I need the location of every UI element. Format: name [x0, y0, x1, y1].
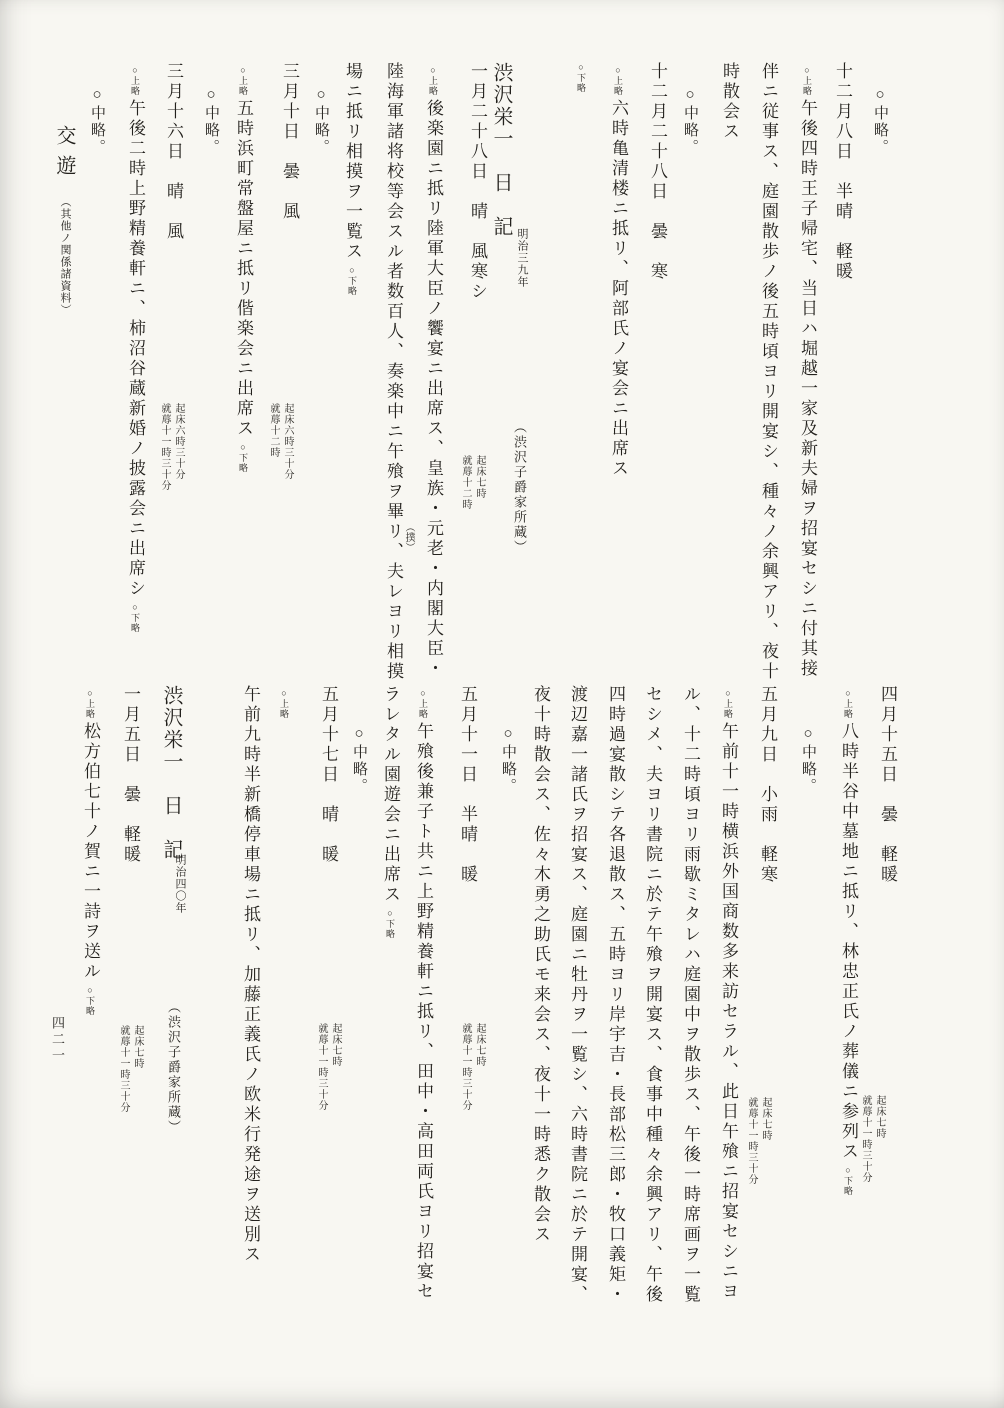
omission-mark-column: ○中略。	[678, 87, 702, 156]
wake-time: 起床七時	[758, 1097, 772, 1185]
scanned-book-page: ○中略。 十二月八日 半晴 軽暖 ○上略午後四時王子帰宅、当日ハ堀越一家及新夫婦…	[0, 0, 1004, 1408]
excerpt-text: 場ニ抵リ相摸ヲ一覧ス	[343, 62, 362, 262]
sleep-time: 就蓐十一時三十分	[458, 1023, 472, 1111]
wake-time: 起床七時	[472, 455, 486, 510]
excerpt-text: 後楽園ニ抵リ陸軍大臣ノ饗宴ニ出席ス、皇族・元老・内閣大臣・	[424, 99, 443, 679]
diary-text-column: 伴ニ従事ス、庭園散歩ノ後五時頃ヨリ開宴シ、種々ノ余興アリ、夜十	[756, 62, 780, 682]
sleep-time: 就蓐十一時三十分	[116, 1025, 130, 1113]
diary-date-column: 四月十五日 曇 軽暖	[875, 685, 899, 885]
diary-text-column: 場ニ抵リ相摸ヲ一覧ス○下略	[340, 62, 364, 299]
geryaku-mark: ○下略	[843, 1162, 853, 1199]
sleep-time: 就蓐十一時三十分	[157, 403, 171, 491]
diary-title: 渋沢栄一 日 記	[488, 62, 514, 238]
diary-title: 渋沢栄一 日 記	[158, 685, 184, 861]
section-subtitle: （其他ノ関係諸資料）	[57, 196, 72, 316]
diary-date-column: 五月十一日 半晴 暖	[455, 685, 479, 885]
wake-time: 起床七時	[872, 1095, 886, 1183]
excerpt-text: 六時亀清楼ニ抵リ、阿部氏ノ宴会ニ出席ス	[609, 99, 628, 479]
wake-sleep-note: 起床六時三十分就蓐十一時三十分	[157, 403, 185, 491]
sleep-time: 就蓐十二時	[458, 455, 472, 510]
diary-text-column: 午前九時半新橋停車場ニ抵リ、加藤正義氏ノ欧米行発途ヲ送別ス	[238, 685, 262, 1265]
jouryaku-mark: ○上略	[238, 62, 248, 99]
wake-time: 起床六時三十分	[280, 403, 294, 480]
diary-text-column: ○上略午前十一時横浜外国商数多来訪セラル、此日午飱ニ招宴セシニヨ	[716, 685, 740, 1302]
diary-text-column: ○上略松方伯七十ノ賀ニ一詩ヲ送ル○下略	[78, 685, 102, 1019]
diary-era: 明治三九年	[514, 228, 529, 288]
excerpt-text: 午後二時上野精養軒ニ、柿沼谷蔵新婚ノ披露会ニ出席シ	[126, 99, 145, 599]
excerpt-text: 八時半谷中墓地ニ抵リ、林忠正氏ノ葬儀ニ参列ス	[839, 722, 858, 1162]
jouryaku-mark-column: ○上略	[277, 688, 291, 719]
geryaku-mark: ○下略	[385, 905, 395, 942]
wake-sleep-note: 起床七時就蓐十二時	[458, 455, 486, 510]
diary-text-column: ○上略八時半谷中墓地ニ抵リ、林忠正氏ノ葬儀ニ参列ス○下略	[836, 685, 860, 1199]
jouryaku-mark: ○上略	[802, 62, 812, 99]
diary-source-note: （渋沢子爵家所蔵）	[510, 420, 528, 555]
diary-text-column: ○上略後楽園ニ抵リ陸軍大臣ノ饗宴ニ出席ス、皇族・元老・内閣大臣・	[421, 62, 445, 679]
wake-time: 起床七時	[472, 1023, 486, 1111]
diary-date-column: 五月九日 小雨 軽寒	[755, 685, 779, 885]
diary-date-column: 十二月二十八日 曇 寒	[645, 62, 669, 282]
wake-time: 起床七時	[130, 1025, 144, 1113]
jouryaku-mark: ○上略	[428, 62, 438, 99]
diary-date-column: 三月十日 曇 風	[277, 62, 301, 222]
omission-mark-column: ○中略。	[85, 87, 109, 156]
diary-text-column: 渡辺嘉一諸氏ヲ招宴ス、庭園ニ牡丹ヲ一覧シ、六時書院ニ於テ開宴、	[565, 685, 589, 1305]
jouryaku-mark: ○上略	[613, 62, 623, 99]
geryaku-mark: ○下略	[347, 262, 357, 299]
diary-source-note: （渋沢子爵家所蔵）	[164, 1000, 182, 1135]
diary-text-column: 時散会ス	[717, 62, 741, 142]
geryaku-mark-column: ○下略	[574, 62, 588, 93]
diary-era: 明治四〇年	[172, 854, 187, 914]
wake-sleep-note: 起床七時就蓐十一時三十分	[116, 1025, 144, 1113]
diary-text-column: ○上略五時浜町常盤屋ニ抵リ偕楽会ニ出席ス○下略	[231, 62, 255, 476]
wake-time: 起床七時	[328, 1023, 342, 1111]
omission-mark-column: ○中略。	[868, 87, 892, 156]
excerpt-text: ラレタル園遊会ニ出席ス	[381, 685, 400, 905]
diary-text-column: ラレタル園遊会ニ出席ス○下略	[378, 685, 402, 942]
geryaku-mark: ○下略	[238, 439, 248, 476]
omission-mark-column: ○中略。	[347, 726, 371, 795]
diary-text-column: 夜十時散会ス、佐々木勇之助氏モ来会ス、夜十一時悉ク散会ス	[528, 685, 552, 1245]
geryaku-mark: ○下略	[85, 982, 95, 1019]
jouryaku-mark: ○上略	[843, 685, 853, 722]
excerpt-text: 午前十一時横浜外国商数多来訪セラル、此日午飱ニ招宴セシニヨ	[719, 722, 738, 1302]
sleep-time: 就蓐十二時	[266, 403, 280, 480]
omission-mark-column: ○中略。	[199, 87, 223, 156]
excerpt-text: 午飱後兼子ト共ニ上野精養軒ニ抵リ、田中・高田両氏ヨリ招宴セ	[414, 722, 433, 1302]
wake-time: 起床六時三十分	[171, 403, 185, 491]
section-title: 交遊	[50, 125, 77, 185]
sleep-time: 就蓐十一時三十分	[744, 1097, 758, 1185]
diary-text-column: ○上略午後二時上野精養軒ニ、柿沼谷蔵新婚ノ披露会ニ出席シ○下略	[123, 62, 147, 636]
wake-sleep-note: 起床七時就蓐十一時三十分	[858, 1095, 886, 1183]
jouryaku-mark: ○上略	[723, 685, 733, 722]
wake-sleep-note: 起床六時三十分就蓐十二時	[266, 403, 294, 480]
diary-date-column: 五月十七日 晴 暖	[316, 685, 340, 865]
diary-text-column: 四時過宴散シテ各退散ス、五時ヨリ岸宇吉・長部松三郎・牧口義矩・	[603, 685, 627, 1305]
wake-sleep-note: 起床七時就蓐十一時三十分	[314, 1023, 342, 1111]
omission-mark-column: ○中略。	[309, 87, 333, 156]
jouryaku-mark: ○上略	[418, 685, 428, 722]
geryaku-mark: ○下略	[130, 599, 140, 636]
kanji-correction-note: （撲）	[402, 522, 414, 552]
diary-date-column: 一月二十八日 晴 風寒シ	[465, 62, 489, 302]
diary-date-column: 三月十六日 晴 風	[161, 62, 185, 242]
omission-mark-column: ○中略。	[496, 726, 520, 795]
excerpt-text: 午後四時王子帰宅、当日ハ堀越一家及新夫婦ヲ招宴セシニ付其接	[798, 99, 817, 679]
diary-text-column: ル、十二時頃ヨリ雨歇ミタレハ庭園中ヲ散歩ス、午後一時席画ヲ一覧	[678, 685, 702, 1305]
page-number: 四二一	[48, 1016, 66, 1064]
diary-text-column: セシメ、夫ヨリ書院ニ於テ午飱ヲ開宴ス、食事中種々余興アリ、午後	[640, 685, 664, 1305]
excerpt-text: 五時浜町常盤屋ニ抵リ偕楽会ニ出席ス	[234, 99, 253, 439]
diary-date-column: 一月五日 曇 軽暖	[118, 685, 142, 865]
jouryaku-mark: ○上略	[130, 62, 140, 99]
diary-text-column: ○上略午飱後兼子ト共ニ上野精養軒ニ抵リ、田中・高田両氏ヨリ招宴セ	[411, 685, 435, 1302]
diary-date-column: 十二月八日 半晴 軽暖	[830, 62, 854, 282]
excerpt-text: 松方伯七十ノ賀ニ一詩ヲ送ル	[81, 722, 100, 982]
jouryaku-mark: ○上略	[85, 685, 95, 722]
wake-sleep-note: 起床七時就蓐十一時三十分	[458, 1023, 486, 1111]
diary-text-column: 陸海軍諸将校等会スル者数百人、奏楽中ニ午飱ヲ畢リ、夫レヨリ相摸	[381, 62, 405, 682]
sleep-time: 就蓐十一時三十分	[858, 1095, 872, 1183]
omission-mark-column: ○中略。	[796, 726, 820, 795]
diary-text-column: ○上略午後四時王子帰宅、当日ハ堀越一家及新夫婦ヲ招宴セシニ付其接	[795, 62, 819, 679]
wake-sleep-note: 起床七時就蓐十一時三十分	[744, 1097, 772, 1185]
diary-text-column: ○上略六時亀清楼ニ抵リ、阿部氏ノ宴会ニ出席ス	[606, 62, 630, 479]
sleep-time: 就蓐十一時三十分	[314, 1023, 328, 1111]
